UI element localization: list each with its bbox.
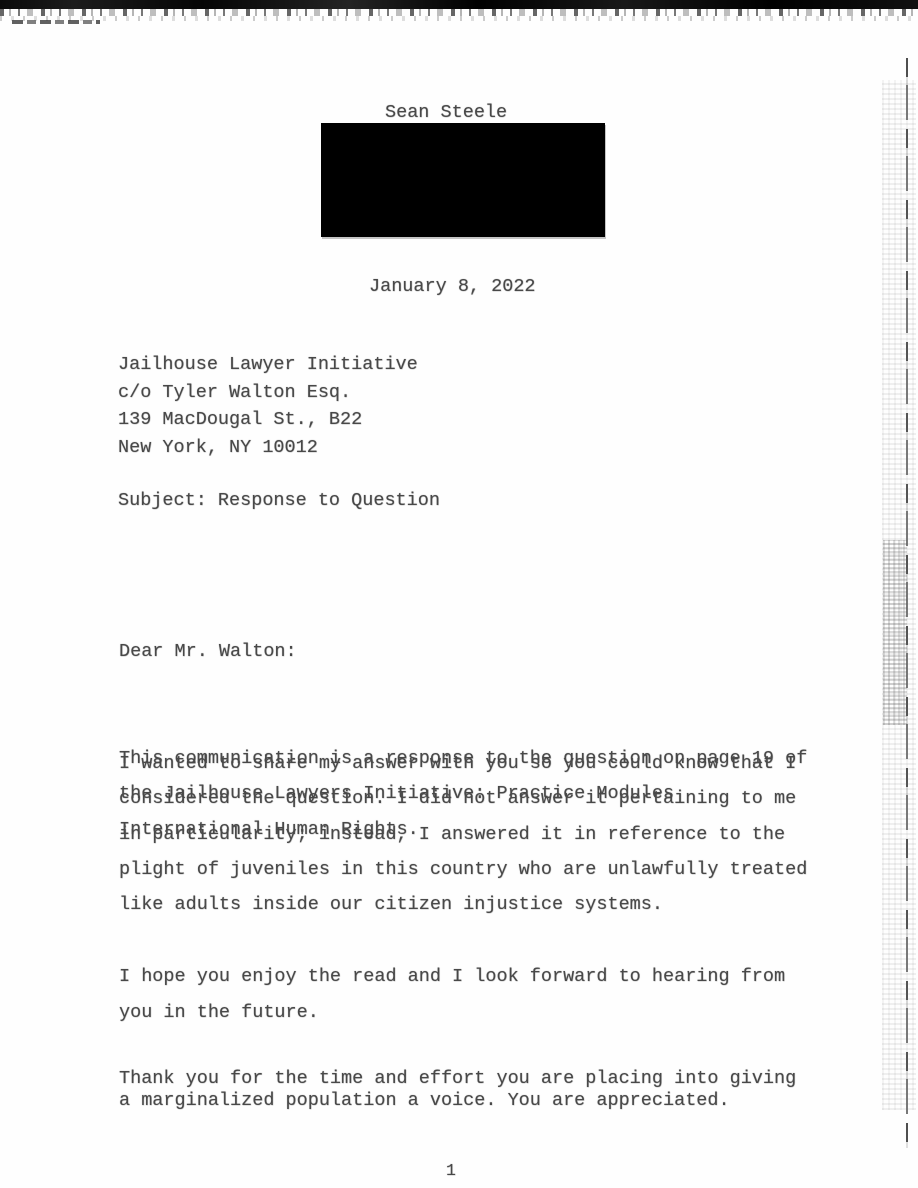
letter-line: New York, NY 10012 [118,434,418,462]
scan-artifact-top-band [0,0,918,9]
scanned-letter-page: Sean Steele January 8, 2022 Jailhouse La… [0,0,918,1188]
scan-artifact-top-speckle-faint [0,16,918,21]
letter-line: considered the question. I did not answe… [119,781,807,816]
letter-line: you in the future. [119,995,785,1031]
letter-line: in particularity; instead, I answered it… [119,817,807,852]
body-paragraph-thanks: Thank you for the time and effort you ar… [119,1068,796,1113]
letter-line: a marginalized population a voice. You a… [119,1090,796,1112]
letter-line: plight of juveniles in this country who … [119,852,807,887]
body-paragraph-answer: I wanted to share my answer with you so … [119,746,807,922]
redaction-box [321,123,605,237]
body-paragraph-closing: I hope you enjoy the read and I look for… [119,959,785,1030]
letter-line: I wanted to share my answer with you so … [119,746,807,781]
letter-line: I hope you enjoy the read and I look for… [119,959,785,995]
letter-line: 139 MacDougal St., B22 [118,406,418,434]
scan-artifact-left-dashes [12,20,100,24]
recipient-address: Jailhouse Lawyer Initiativec/o Tyler Wal… [118,351,418,462]
sender-name: Sean Steele [385,103,507,123]
letter-line: like adults inside our citizen injustice… [119,887,807,922]
scan-artifact-top-speckle [0,9,918,16]
salutation: Dear Mr. Walton: [119,634,807,670]
scan-artifact-right-noise-dense [883,540,907,725]
subject-line: Subject: Response to Question [118,487,440,515]
letter-line: Jailhouse Lawyer Initiative [118,351,418,379]
letter-date: January 8, 2022 [369,273,536,301]
letter-line: Thank you for the time and effort you ar… [119,1068,796,1090]
letter-line: c/o Tyler Walton Esq. [118,379,418,407]
page-number: 1 [446,1160,456,1182]
